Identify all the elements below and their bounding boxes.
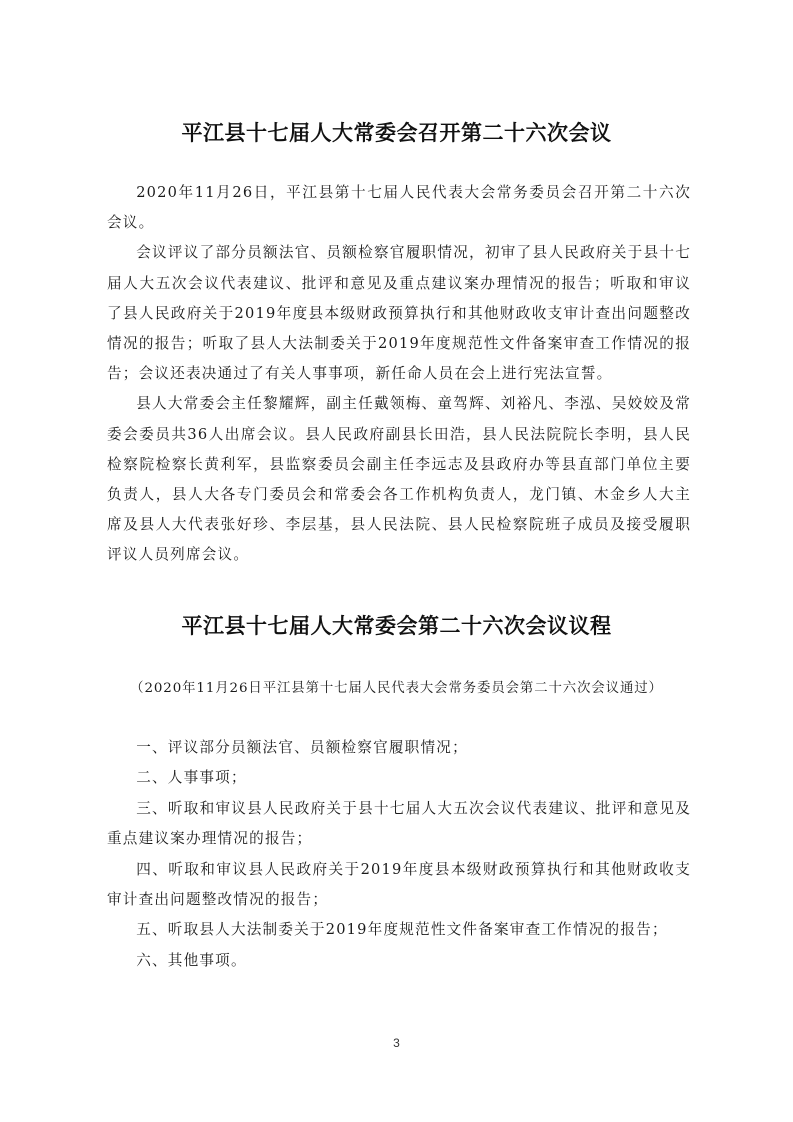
article-paragraph: 2020年11月26日，平江县第十七届人民代表大会常务委员会召开第二十六次会议。 xyxy=(107,178,691,238)
document-page: 平江县十七届人大常委会召开第二十六次会议 2020年11月26日，平江县第十七届… xyxy=(0,0,793,1122)
agenda-list: 一、评议部分员额法官、员额检察官履职情况； 二、人事事项； 三、听取和审议县人民… xyxy=(107,733,691,976)
agenda-item: 六、其他事项。 xyxy=(107,946,691,976)
agenda-title: 平江县十七届人大常委会第二十六次会议议程 xyxy=(0,610,793,640)
article-body: 2020年11月26日，平江县第十七届人民代表大会常务委员会召开第二十六次会议。… xyxy=(107,178,691,571)
agenda-item: 四、听取和审议县人民政府关于2019年度县本级财政预算执行和其他财政收支审计查出… xyxy=(107,855,691,916)
page-number: 3 xyxy=(0,1036,793,1050)
agenda-item: 五、听取县人大法制委关于2019年度规范性文件备案审查工作情况的报告； xyxy=(107,915,691,945)
article-paragraph: 会议评议了部分员额法官、员额检察官履职情况，初审了县人民政府关于县十七届人大五次… xyxy=(107,238,691,389)
agenda-subtitle: （2020年11月26日平江县第十七届人民代表大会常务委员会第二十六次会议通过） xyxy=(0,677,793,696)
article-paragraph: 县人大常委会主任黎耀辉，副主任戴领梅、童驾辉、刘裕凡、李泓、吴姣姣及常委会委员共… xyxy=(107,389,691,570)
agenda-item: 二、人事事项； xyxy=(107,763,691,793)
agenda-item: 一、评议部分员额法官、员额检察官履职情况； xyxy=(107,733,691,763)
agenda-item: 三、听取和审议县人民政府关于县十七届人大五次会议代表建议、批评和意见及重点建议案… xyxy=(107,794,691,855)
article-title: 平江县十七届人大常委会召开第二十六次会议 xyxy=(0,117,793,147)
